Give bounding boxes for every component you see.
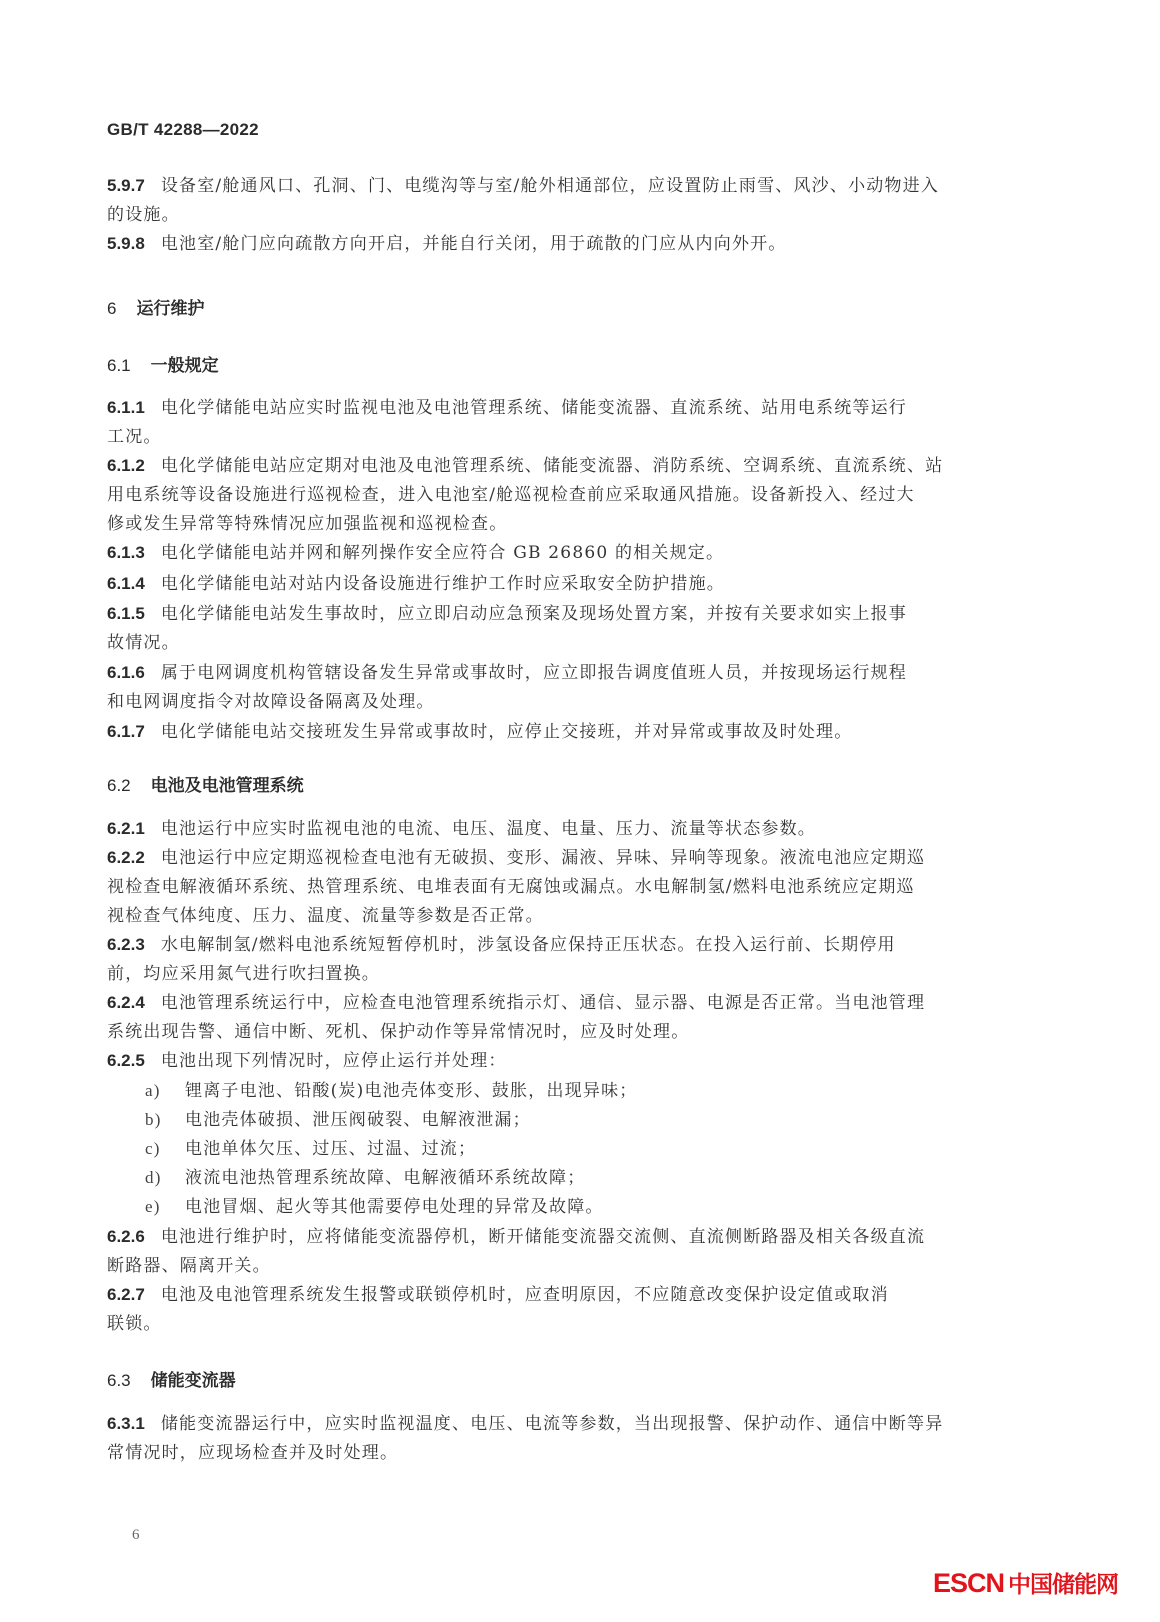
clause-text: 电化学储能电站应定期对电池及电池管理系统、储能变流器、消防系统、空调系统、直流系…	[161, 456, 944, 476]
list-item: e)电池冒烟、起火等其他需要停电处理的异常及故障。	[145, 1196, 604, 1218]
clause-text: 电池运行中应实时监视电池的电流、电压、温度、电量、压力、流量等状态参数。	[161, 819, 816, 839]
clause-text: 电池运行中应定期巡视检查电池有无破损、变形、漏液、异味、异响等现象。液流电池应定…	[161, 848, 925, 868]
clause-number: 6.2.3	[107, 934, 145, 956]
clause-6-1-7: 6.1.7电化学储能电站交接班发生异常或事故时，应停止交接班，并对异常或事故及时…	[107, 721, 1007, 743]
watermark-cn: 中国储能网	[1008, 1572, 1118, 1598]
clause-continuation: 用电系统等设备设施进行巡视检查，进入电池室/舱巡视检查前应采取通风措施。设备新投…	[107, 484, 915, 506]
clause-6-1-2: 6.1.2电化学储能电站应定期对电池及电池管理系统、储能变流器、消防系统、空调系…	[107, 455, 1007, 477]
list-item: d)液流电池热管理系统故障、电解液循环系统故障；	[145, 1167, 585, 1189]
clause-text: 电化学储能电站应实时监视电池及电池管理系统、储能变流器、直流系统、站用电系统等运…	[161, 398, 907, 418]
list-text: 电池壳体破损、泄压阀破裂、电解液泄漏；	[185, 1110, 531, 1130]
clause-continuation: 断路器、隔离开关。	[107, 1255, 271, 1277]
clause-text: 水电解制氢/燃料电池系统短暂停机时，涉氢设备应保持正压状态。在投入运行前、长期停…	[161, 935, 896, 955]
list-label: d)	[145, 1167, 185, 1189]
list-text: 锂离子电池、铅酸(炭)电池壳体变形、鼓胀，出现异味；	[185, 1081, 637, 1101]
clause-continuation: 和电网调度指令对故障设备隔离及处理。	[107, 691, 435, 713]
clause-continuation: 联锁。	[107, 1313, 162, 1335]
section-title: 电池及电池管理系统	[151, 776, 304, 796]
clause-continuation: 视检查气体纯度、压力、温度、流量等参数是否正常。	[107, 905, 544, 927]
clause-continuation: 系统出现告警、通信中断、死机、保护动作等异常情况时，应及时处理。	[107, 1021, 689, 1043]
clause-text: 属于电网调度机构管辖设备发生异常或事故时，应立即报告调度值班人员，并按现场运行规…	[161, 663, 907, 683]
escn-watermark-logo: ESCN中国储能网	[933, 1566, 1118, 1599]
clause-text: 储能变流器运行中，应实时监视温度、电压、电流等参数，当出现报警、保护动作、通信中…	[161, 1414, 944, 1434]
clause-number: 6.1.4	[107, 573, 145, 595]
clause-text: 电化学储能电站对站内设备设施进行维护工作时应采取安全防护措施。	[161, 574, 725, 594]
clause-number: 6.2.7	[107, 1284, 145, 1306]
clause-number: 6.1.2	[107, 455, 145, 477]
clause-text: 电池及电池管理系统发生报警或联锁停机时，应查明原因，不应随意改变保护设定值或取消	[161, 1285, 889, 1305]
clause-text: 电化学储能电站并网和解列操作安全应符合 GB 26860 的相关规定。	[161, 543, 724, 563]
clause-6-2-3: 6.2.3水电解制氢/燃料电池系统短暂停机时，涉氢设备应保持正压状态。在投入运行…	[107, 934, 1007, 956]
clause-6-2-7: 6.2.7电池及电池管理系统发生报警或联锁停机时，应查明原因，不应随意改变保护设…	[107, 1284, 1007, 1306]
list-text: 液流电池热管理系统故障、电解液循环系统故障；	[185, 1168, 585, 1188]
list-text: 电池冒烟、起火等其他需要停电处理的异常及故障。	[185, 1197, 604, 1217]
clause-6-1-5: 6.1.5电化学储能电站发生事故时，应立即启动应急预案及现场处置方案，并按有关要…	[107, 603, 1007, 625]
clause-number: 6.1.3	[107, 542, 145, 564]
clause-6-2-2: 6.2.2电池运行中应定期巡视检查电池有无破损、变形、漏液、异味、异响等现象。液…	[107, 847, 1007, 869]
section-heading-6-1: 6.1一般规定	[107, 351, 219, 376]
list-text: 电池单体欠压、过压、过温、过流；	[185, 1139, 476, 1159]
page-number: 6	[132, 1527, 140, 1544]
clause-6-1-3: 6.1.3电化学储能电站并网和解列操作安全应符合 GB 26860 的相关规定。	[107, 542, 1007, 564]
clause-number: 5.9.8	[107, 233, 145, 255]
clause-number: 6.2.4	[107, 992, 145, 1014]
clause-6-1-4: 6.1.4电化学储能电站对站内设备设施进行维护工作时应采取安全防护措施。	[107, 573, 1007, 595]
clause-number: 6.2.6	[107, 1226, 145, 1248]
clause-continuation: 常情况时，应现场检查并及时处理。	[107, 1442, 398, 1464]
list-label: b)	[145, 1109, 185, 1131]
clause-continuation: 工况。	[107, 426, 162, 448]
clause-5-9-8: 5.9.8电池室/舱门应向疏散方向开启，并能自行关闭，用于疏散的门应从内向外开。	[107, 233, 1007, 255]
section-number: 6.3	[107, 1371, 131, 1390]
section-title: 一般规定	[151, 356, 219, 376]
clause-5-9-7: 5.9.7设备室/舱通风口、孔洞、门、电缆沟等与室/舱外相通部位，应设置防止雨雪…	[107, 175, 1007, 197]
clause-number: 6.2.5	[107, 1050, 145, 1072]
clause-text: 电化学储能电站交接班发生异常或事故时，应停止交接班，并对异常或事故及时处理。	[161, 722, 853, 742]
clause-text: 设备室/舱通风口、孔洞、门、电缆沟等与室/舱外相通部位，应设置防止雨雪、风沙、小…	[161, 176, 939, 196]
section-heading-6: 6运行维护	[107, 294, 204, 319]
section-number: 6.1	[107, 356, 131, 375]
clause-6-2-4: 6.2.4电池管理系统运行中，应检查电池管理系统指示灯、通信、显示器、电源是否正…	[107, 992, 1007, 1014]
clause-number: 6.3.1	[107, 1413, 145, 1435]
clause-continuation: 修或发生异常等特殊情况应加强监视和巡视检查。	[107, 513, 507, 535]
section-number: 6	[107, 299, 116, 318]
clause-text: 电池出现下列情况时，应停止运行并处理：	[161, 1051, 507, 1071]
clause-continuation: 视检查电解液循环系统、热管理系统、电堆表面有无腐蚀或漏点。水电解制氢/燃料电池系…	[107, 876, 915, 898]
clause-6-3-1: 6.3.1储能变流器运行中，应实时监视温度、电压、电流等参数，当出现报警、保护动…	[107, 1413, 1007, 1435]
list-item: a)锂离子电池、铅酸(炭)电池壳体变形、鼓胀，出现异味；	[145, 1080, 637, 1102]
clause-6-1-6: 6.1.6属于电网调度机构管辖设备发生异常或事故时，应立即报告调度值班人员，并按…	[107, 662, 1007, 684]
clause-6-2-6: 6.2.6电池进行维护时，应将储能变流器停机，断开储能变流器交流侧、直流侧断路器…	[107, 1226, 1007, 1248]
clause-text: 电池进行维护时，应将储能变流器停机，断开储能变流器交流侧、直流侧断路器及相关各级…	[161, 1227, 925, 1247]
clause-number: 6.1.6	[107, 662, 145, 684]
section-heading-6-3: 6.3储能变流器	[107, 1366, 236, 1391]
watermark-en: ESCN	[933, 1568, 1004, 1598]
list-label: e)	[145, 1196, 185, 1218]
clause-6-2-1: 6.2.1电池运行中应实时监视电池的电流、电压、温度、电量、压力、流量等状态参数…	[107, 818, 1007, 840]
clause-number: 6.2.2	[107, 847, 145, 869]
clause-6-2-5: 6.2.5电池出现下列情况时，应停止运行并处理：	[107, 1050, 1007, 1072]
section-number: 6.2	[107, 776, 131, 795]
clause-number: 5.9.7	[107, 175, 145, 197]
list-label: a)	[145, 1080, 185, 1102]
list-label: c)	[145, 1138, 185, 1160]
clause-continuation: 的设施。	[107, 204, 180, 226]
clause-continuation: 故情况。	[107, 632, 180, 654]
clause-number: 6.1.5	[107, 603, 145, 625]
section-title: 储能变流器	[151, 1371, 236, 1391]
clause-number: 6.1.1	[107, 397, 145, 419]
clause-text: 电池管理系统运行中，应检查电池管理系统指示灯、通信、显示器、电源是否正常。当电池…	[161, 993, 925, 1013]
section-title: 运行维护	[136, 299, 204, 319]
clause-number: 6.1.7	[107, 721, 145, 743]
standard-code: GB/T 42288—2022	[107, 120, 259, 140]
document-page: GB/T 42288—2022 5.9.7设备室/舱通风口、孔洞、门、电缆沟等与…	[0, 0, 1160, 1622]
clause-text: 电化学储能电站发生事故时，应立即启动应急预案及现场处置方案，并按有关要求如实上报…	[161, 604, 907, 624]
clause-continuation: 前，均应采用氮气进行吹扫置换。	[107, 963, 380, 985]
clause-number: 6.2.1	[107, 818, 145, 840]
clause-6-1-1: 6.1.1电化学储能电站应实时监视电池及电池管理系统、储能变流器、直流系统、站用…	[107, 397, 1007, 419]
section-heading-6-2: 6.2电池及电池管理系统	[107, 771, 304, 796]
list-item: c)电池单体欠压、过压、过温、过流；	[145, 1138, 476, 1160]
list-item: b)电池壳体破损、泄压阀破裂、电解液泄漏；	[145, 1109, 531, 1131]
clause-text: 电池室/舱门应向疏散方向开启，并能自行关闭，用于疏散的门应从内向外开。	[161, 234, 787, 254]
